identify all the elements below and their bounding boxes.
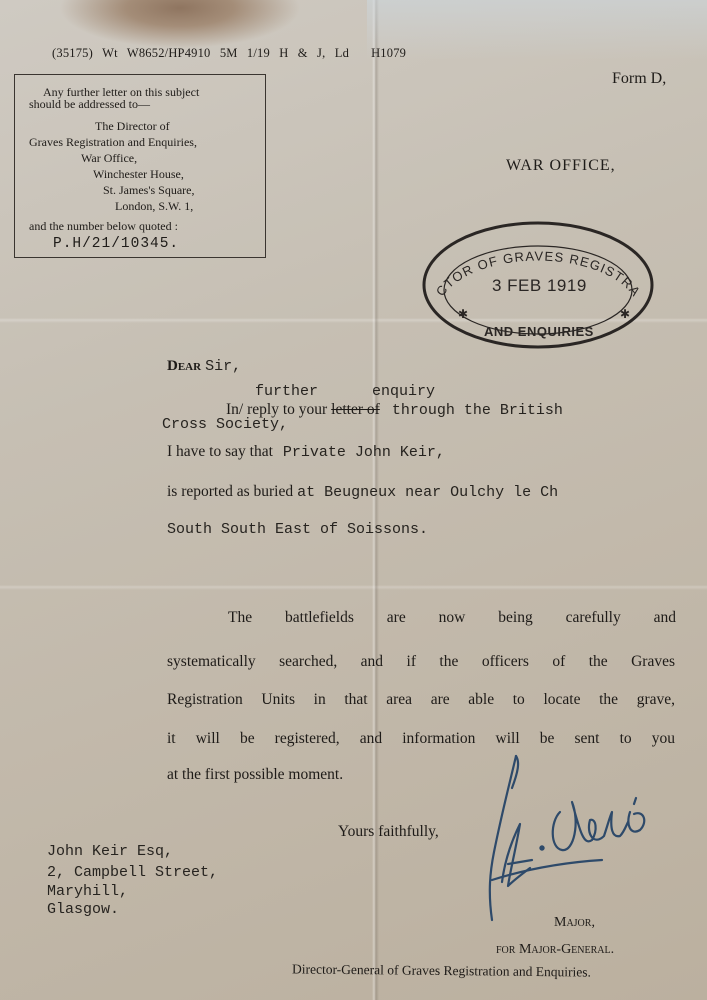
signatory-title: Director-General of Graves Registration … [292,961,591,980]
stamp-bottom-text: AND ENQUIRIES [484,324,594,339]
recipient-name: John Keir Esq, [47,843,173,860]
box-line-6: Winchester House, [93,167,184,183]
box-line-5: War Office, [81,151,137,167]
soldier-name: Private John Keir, [283,444,445,461]
closing: Yours faithfully, [338,823,439,841]
body-line-4: it will be registered, and information w… [167,730,675,748]
form-label: Form D, [612,70,666,88]
insert-enquiry: enquiry [372,383,435,400]
svg-text:✱: ✱ [458,307,468,321]
salutation-typed: Sir, [205,358,241,375]
box-line-7: St. James's Square, [103,183,195,199]
box-line-2: should be addressed to— [29,97,150,113]
location-line-2: South South East of Soissons. [167,521,428,538]
signature-scribble-icon [480,752,660,922]
body-line-3: Registration Units in that area are able… [167,691,675,709]
have-to-say-line: I have to say that Private John Keir, [167,443,445,461]
box-line-8: London, S.W. 1, [115,199,193,215]
svg-text:✱: ✱ [620,307,630,321]
date-stamp: DIRECTOR OF GRAVES REGISTRATION ✱ ✱ 3 FE… [420,218,656,352]
box-line-4: Graves Registration and Enquiries, [29,135,197,151]
location-typed: at Beugneux near Oulchy le Ch [297,484,558,501]
form-code: H1079 [371,46,406,60]
signatory-for: for Major-General. [496,942,614,958]
reported-printed: is reported as buried [167,483,293,500]
printer-imprint: (35175) Wt W8652/HP4910 5M 1/19 H & J, L… [52,46,406,61]
cross-society-line: Cross Society, [162,416,288,433]
address-instructions-box: Any further letter on this subject shoul… [14,74,266,258]
recipient-district: Maryhill, [47,883,128,900]
body-line-1: The battlefields are now being carefully… [228,609,676,627]
reported-line: is reported as buried at Beugneux near O… [167,483,558,501]
signatory-rank: Major, [554,915,595,931]
salutation-printed: Dear [167,358,201,374]
body-line-5: at the first possible moment. [167,766,343,784]
printer-imprint-text: (35175) Wt W8652/HP4910 5M 1/19 H & J, L… [52,46,349,60]
have-to-say-printed: I have to say that [167,443,273,460]
signature [480,752,660,922]
paper-tint [367,0,707,60]
office-heading: WAR OFFICE, [506,157,616,175]
box-line-9: and the number below quoted : [29,219,178,235]
reference-number: P.H/21/10345. [53,237,179,253]
recipient-city: Glasgow. [47,901,119,918]
body-line-2: systematically searched, and if the offi… [167,653,675,671]
reply-struck: letter of [331,401,380,418]
box-line-3: The Director of [95,119,170,135]
recipient-street: 2, Campbell Street, [47,864,218,881]
salutation: Dear Sir, [167,357,241,375]
insert-further: further [255,383,318,400]
reply-typed: through the British [392,402,563,419]
stamp-date: 3 FEB 1919 [492,276,587,296]
